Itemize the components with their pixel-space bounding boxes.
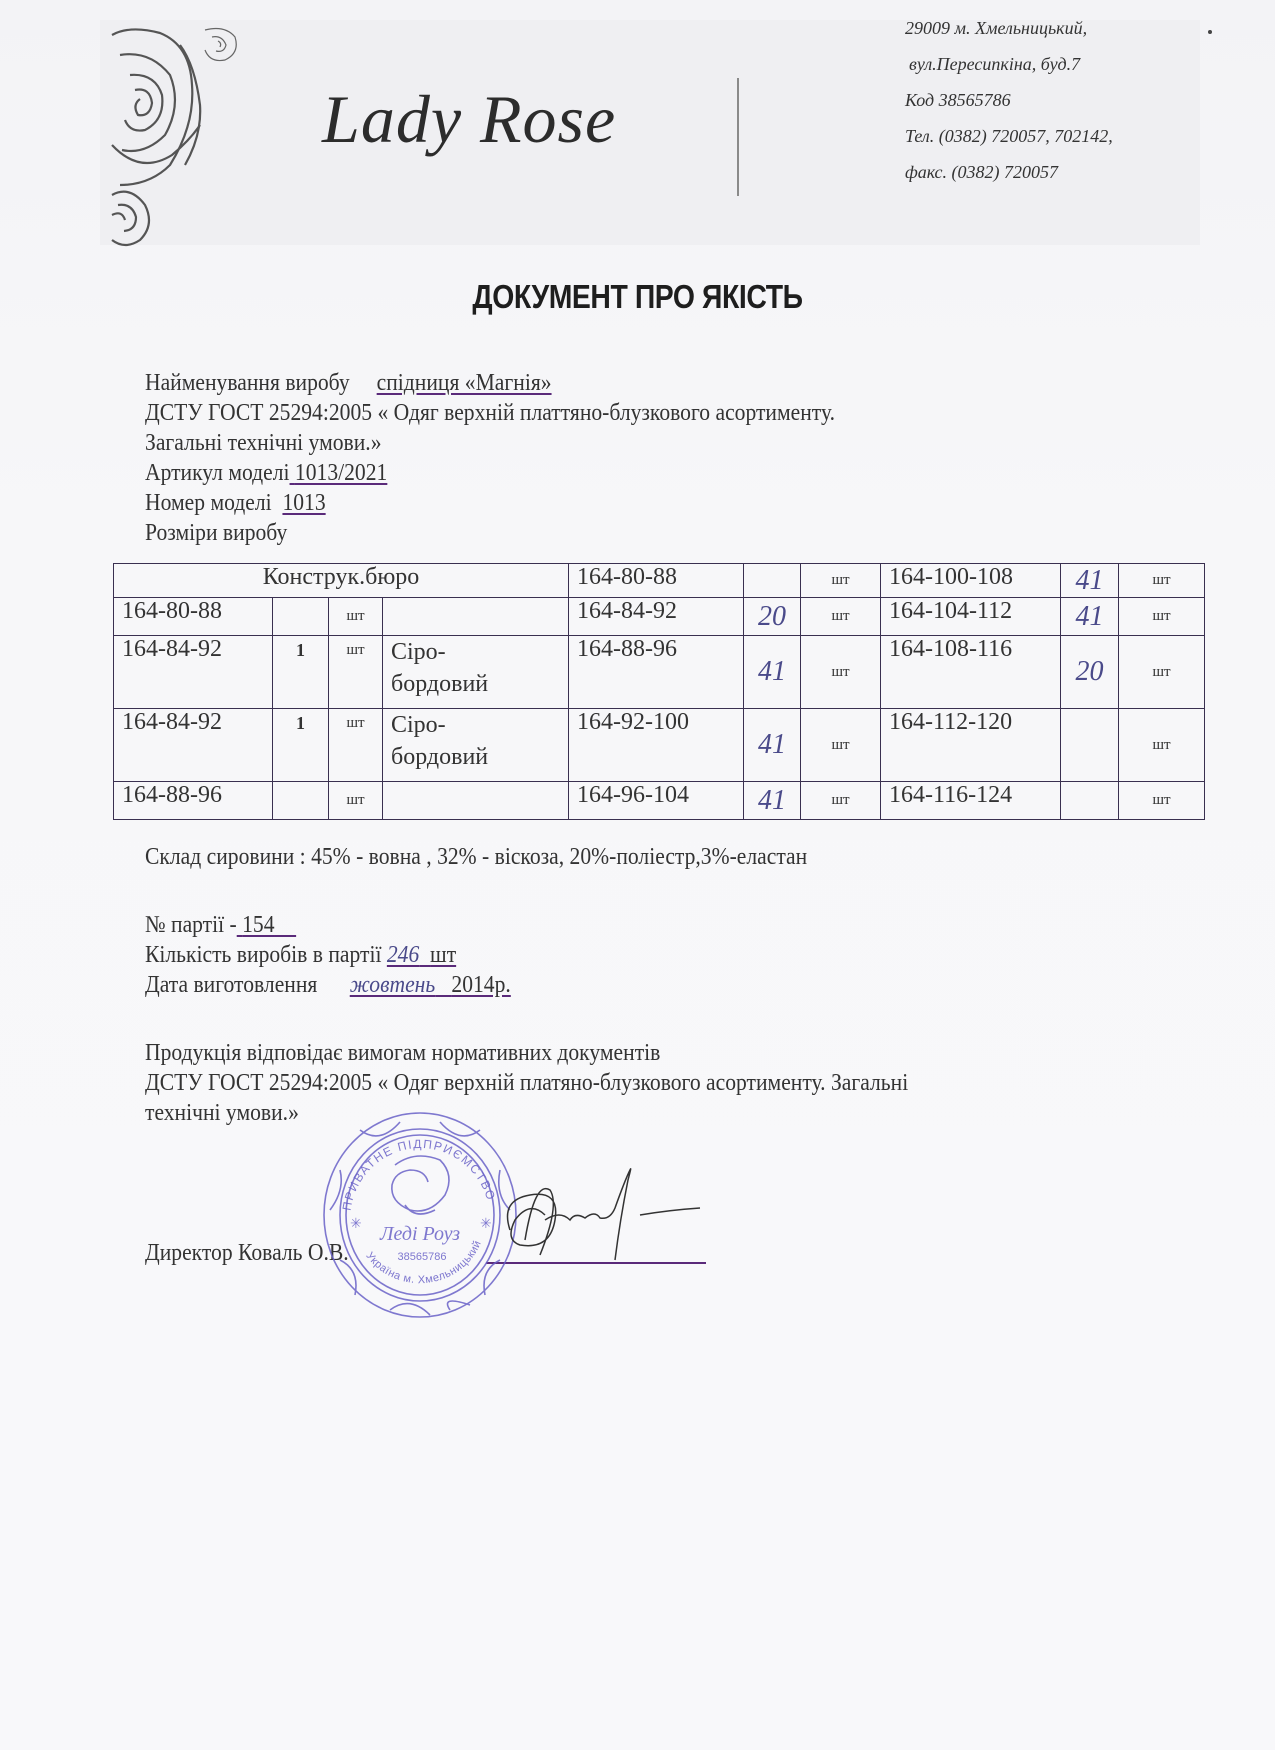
- size-cell: 164-84-92: [114, 636, 273, 709]
- size-cell: 164-80-88: [569, 564, 744, 598]
- address-street: вул.Пересипкіна, буд.7: [905, 46, 1113, 82]
- model-number-label: Номер моделі: [145, 490, 272, 516]
- batch-number-line: № партії - 154: [145, 910, 296, 940]
- product-name-label: Найменування виробу: [145, 370, 350, 396]
- director-signature-icon: [490, 1160, 730, 1270]
- color-cell: Сіро- бордовий: [383, 709, 569, 782]
- unit-cell: шт: [801, 598, 881, 636]
- batch-count-line: Кількість виробів в партії 246 шт: [145, 940, 456, 970]
- qty-cell: 41: [744, 782, 801, 820]
- company-code: Код 38565786: [905, 82, 1113, 118]
- color-cell: Сіро- бордовий: [383, 636, 569, 709]
- manufacture-date-value: жовтень 2014р.: [350, 972, 511, 998]
- qty-cell: [1061, 782, 1119, 820]
- batch-number-label: № партії -: [145, 912, 237, 938]
- qty-cell: 1: [273, 636, 329, 709]
- svg-text:✳: ✳: [350, 1215, 362, 1231]
- unit-cell: шт: [801, 709, 881, 782]
- standard-line-1: ДСТУ ГОСТ 25294:2005 « Одяг верхній плат…: [145, 398, 835, 428]
- fax-number: факс. (0382) 720057: [905, 154, 1113, 190]
- size-cell: 164-96-104: [569, 782, 744, 820]
- scan-speck: [1208, 30, 1212, 34]
- table-row: 164-84-92 1 шт Сіро- бордовий 164-92-100…: [114, 709, 1205, 782]
- qty-cell: [273, 782, 329, 820]
- unit-cell: шт: [329, 782, 383, 820]
- unit-cell: шт: [1119, 564, 1205, 598]
- size-cell: 164-84-92: [569, 598, 744, 636]
- sizes-table: Конструк.бюро 164-80-88 шт 164-100-108 4…: [113, 563, 1205, 820]
- compliance-line-1: Продукція відповідає вимогам нормативних…: [145, 1038, 660, 1068]
- unit-cell: шт: [801, 782, 881, 820]
- color-cell: [383, 598, 569, 636]
- size-cell: 164-104-112: [881, 598, 1061, 636]
- unit-cell: шт: [329, 636, 383, 709]
- qty-cell: [1061, 709, 1119, 782]
- table-row: Конструк.бюро 164-80-88 шт 164-100-108 4…: [114, 564, 1205, 598]
- unit-cell: шт: [1119, 636, 1205, 709]
- batch-count-value: 246 шт: [387, 942, 456, 968]
- unit-cell: шт: [1119, 709, 1205, 782]
- page-background: [0, 0, 1275, 1750]
- color-cell: [383, 782, 569, 820]
- unit-cell: шт: [801, 564, 881, 598]
- address-city: 29009 м. Хмельницький,: [905, 10, 1113, 46]
- table-header-design-bureau: Конструк.бюро: [114, 564, 569, 598]
- size-cell: 164-108-116: [881, 636, 1061, 709]
- model-number-line: Номер моделі 1013: [145, 488, 326, 518]
- unit-cell: шт: [801, 636, 881, 709]
- manufacture-date-label: Дата виготовлення: [145, 972, 317, 998]
- unit-cell: шт: [1119, 782, 1205, 820]
- director-label: Директор Коваль О.В.: [145, 1238, 349, 1268]
- model-number-value: 1013: [282, 490, 325, 516]
- qty-cell: 1: [273, 709, 329, 782]
- svg-text:38565786: 38565786: [398, 1251, 447, 1263]
- unit-cell: шт: [1119, 598, 1205, 636]
- compliance-line-3: технічні умови.»: [145, 1098, 299, 1128]
- manufacture-date-line: Дата виготовлення жовтень 2014р.: [145, 970, 511, 1000]
- rose-illustration-icon: [110, 25, 270, 250]
- qty-cell: [744, 564, 801, 598]
- size-cell: 164-80-88: [114, 598, 273, 636]
- company-contacts: 29009 м. Хмельницький, вул.Пересипкіна, …: [905, 10, 1113, 190]
- batch-count-label: Кількість виробів в партії: [145, 942, 381, 968]
- size-cell: 164-88-96: [569, 636, 744, 709]
- qty-cell: 41: [744, 709, 801, 782]
- qty-cell: 41: [1061, 598, 1119, 636]
- qty-cell: 41: [1061, 564, 1119, 598]
- article-value: 1013/2021: [290, 460, 388, 486]
- svg-text:Леді Роуз: Леді Роуз: [379, 1223, 460, 1245]
- compliance-line-2: ДСТУ ГОСТ 25294:2005 « Одяг верхній плат…: [145, 1068, 908, 1098]
- letterhead-divider: [737, 78, 739, 196]
- article-line: Артикул моделі 1013/2021: [145, 458, 387, 488]
- qty-cell: 20: [1061, 636, 1119, 709]
- unit-cell: шт: [329, 709, 383, 782]
- sizes-label: Розміри виробу: [145, 518, 287, 548]
- table-row: 164-84-92 1 шт Сіро- бордовий 164-88-96 …: [114, 636, 1205, 709]
- phone-numbers: Тел. (0382) 720057, 702142,: [905, 118, 1113, 154]
- size-cell: 164-92-100: [569, 709, 744, 782]
- size-cell: 164-116-124: [881, 782, 1061, 820]
- article-label: Артикул моделі: [145, 460, 290, 486]
- company-logo: Lady Rose: [322, 80, 616, 159]
- size-cell: 164-112-120: [881, 709, 1061, 782]
- composition-line: Склад сировини : 45% - вовна , 32% - віс…: [145, 842, 807, 872]
- unit-cell: шт: [329, 598, 383, 636]
- qty-cell: [273, 598, 329, 636]
- size-cell: 164-100-108: [881, 564, 1061, 598]
- qty-cell: 41: [744, 636, 801, 709]
- product-name-line: Найменування виробу спідниця «Магнія»: [145, 368, 552, 398]
- size-cell: 164-88-96: [114, 782, 273, 820]
- size-cell: 164-84-92: [114, 709, 273, 782]
- svg-text:ПРИВАТНЕ ПІДПРИЄМСТВО: ПРИВАТНЕ ПІДПРИЄМСТВО: [340, 1137, 499, 1212]
- standard-line-2: Загальні технічні умови.»: [145, 428, 382, 458]
- qty-cell: 20: [744, 598, 801, 636]
- document-title: ДОКУМЕНТ ПРО ЯКІСТЬ: [89, 278, 1186, 316]
- table-row: 164-88-96 шт 164-96-104 41 шт 164-116-12…: [114, 782, 1205, 820]
- product-name-value: спідниця «Магнія»: [377, 370, 552, 396]
- table-row: 164-80-88 шт 164-84-92 20 шт 164-104-112…: [114, 598, 1205, 636]
- batch-number-value: 154: [237, 912, 296, 938]
